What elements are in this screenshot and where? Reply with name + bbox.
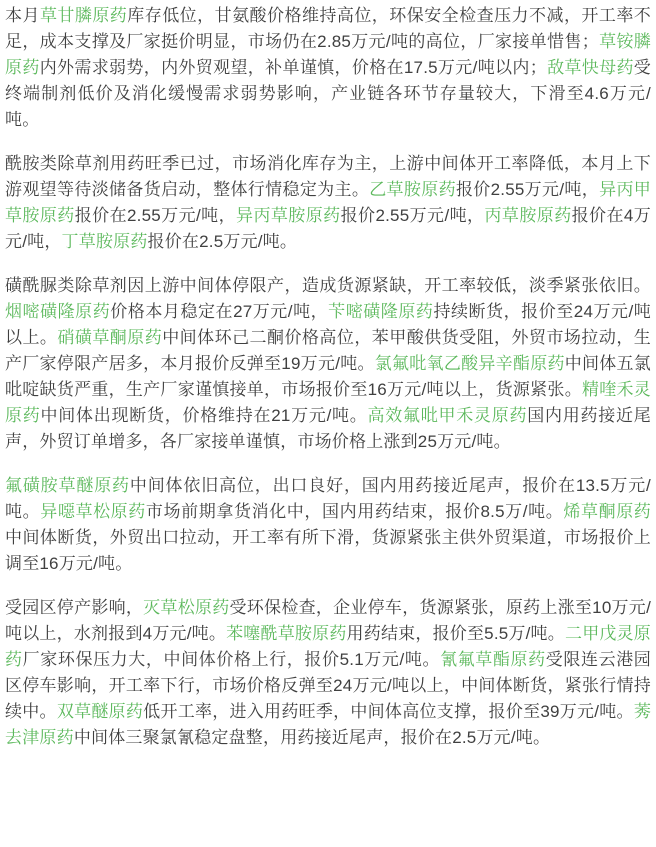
product-name: 乙草胺原药 <box>369 180 456 199</box>
product-name: 草甘膦原药 <box>40 6 127 25</box>
body-text: 中间体出现断货，价格维持在21万元/吨。 <box>41 406 368 425</box>
product-name: 丁草胺原药 <box>62 232 148 251</box>
body-text: 报价2.55万元/吨， <box>456 180 599 199</box>
body-text: 内外需求弱势，内外贸观望，补单谨慎，价格在17.5万元/吨以内； <box>40 58 547 77</box>
paragraph-4: 氟磺胺草醚原药中间体依旧高位，出口良好，国内用药接近尾声，报价在13.5万元/吨… <box>5 473 651 577</box>
paragraph-5: 受园区停产影响，灭草松原药受环保检查，企业停车，货源紧张，原药上涨至10万元/吨… <box>5 595 651 751</box>
product-name: 双草醚原药 <box>57 702 143 721</box>
product-name: 苄嘧磺隆原药 <box>328 302 433 321</box>
product-name: 异噁草松原药 <box>40 502 146 521</box>
body-text: 报价在2.55万元/吨， <box>75 206 236 225</box>
paragraph-1: 本月草甘膦原药库存低位，甘氨酸价格维持高位，环保安全检查压力不减，开工率不足，成… <box>5 3 651 133</box>
product-name: 氯氟吡氧乙酸异辛酯原药 <box>375 354 565 373</box>
body-text: 磺酰脲类除草剂因上游中间体停限产，造成货源紧缺，开工率较低，淡季紧张依旧。 <box>5 276 651 295</box>
product-name: 氰氟草酯原药 <box>440 650 546 669</box>
body-text: 市场前期拿货消化中，国内用药结束，报价8.5万/吨。 <box>146 502 563 521</box>
product-name: 异丙草胺原药 <box>236 206 341 225</box>
body-text: 受园区停产影响， <box>5 598 143 617</box>
product-name: 烯草酮原药 <box>563 502 651 521</box>
body-text: 低开工率，进入用药旺季，中间体高位支撑，报价至39万元/吨。 <box>143 702 634 721</box>
body-text: 厂家环保压力大，中间体价格上行，报价5.1万元/吨。 <box>23 650 440 669</box>
body-text: 报价2.55万元/吨， <box>341 206 485 225</box>
product-name: 敌草快母药 <box>547 58 634 77</box>
body-text: 本月 <box>5 6 40 25</box>
article-body: 本月草甘膦原药库存低位，甘氨酸价格维持高位，环保安全检查压力不减，开工率不足，成… <box>0 0 656 751</box>
body-text: 报价在2.5万元/吨。 <box>148 232 298 251</box>
body-text: 中间体断货，外贸出口拉动，开工率有所下滑，货源紧张主供外贸渠道，市场报价上调至1… <box>5 528 651 573</box>
product-name: 丙草胺原药 <box>484 206 571 225</box>
body-text: 价格本月稳定在27万元/吨， <box>110 302 328 321</box>
product-name: 灭草松原药 <box>143 598 229 617</box>
product-name: 苯噻酰草胺原药 <box>226 624 346 643</box>
body-text: 用药结束，报价至5.5万/吨。 <box>347 624 565 643</box>
product-name: 烟嘧磺隆原药 <box>5 302 110 321</box>
paragraph-3: 磺酰脲类除草剂因上游中间体停限产，造成货源紧缺，开工率较低，淡季紧张依旧。烟嘧磺… <box>5 273 651 455</box>
product-name: 高效氟吡甲禾灵原药 <box>368 406 528 425</box>
body-text: 中间体三聚氯氰稳定盘整，用药接近尾声，报价在2.5万元/吨。 <box>74 728 550 747</box>
product-name: 硝磺草酮原药 <box>57 328 162 347</box>
paragraph-2: 酰胺类除草剂用药旺季已过，市场消化库存为主，上游中间体开工率降低，本月上下游观望… <box>5 151 651 255</box>
product-name: 氟磺胺草醚原药 <box>5 476 130 495</box>
